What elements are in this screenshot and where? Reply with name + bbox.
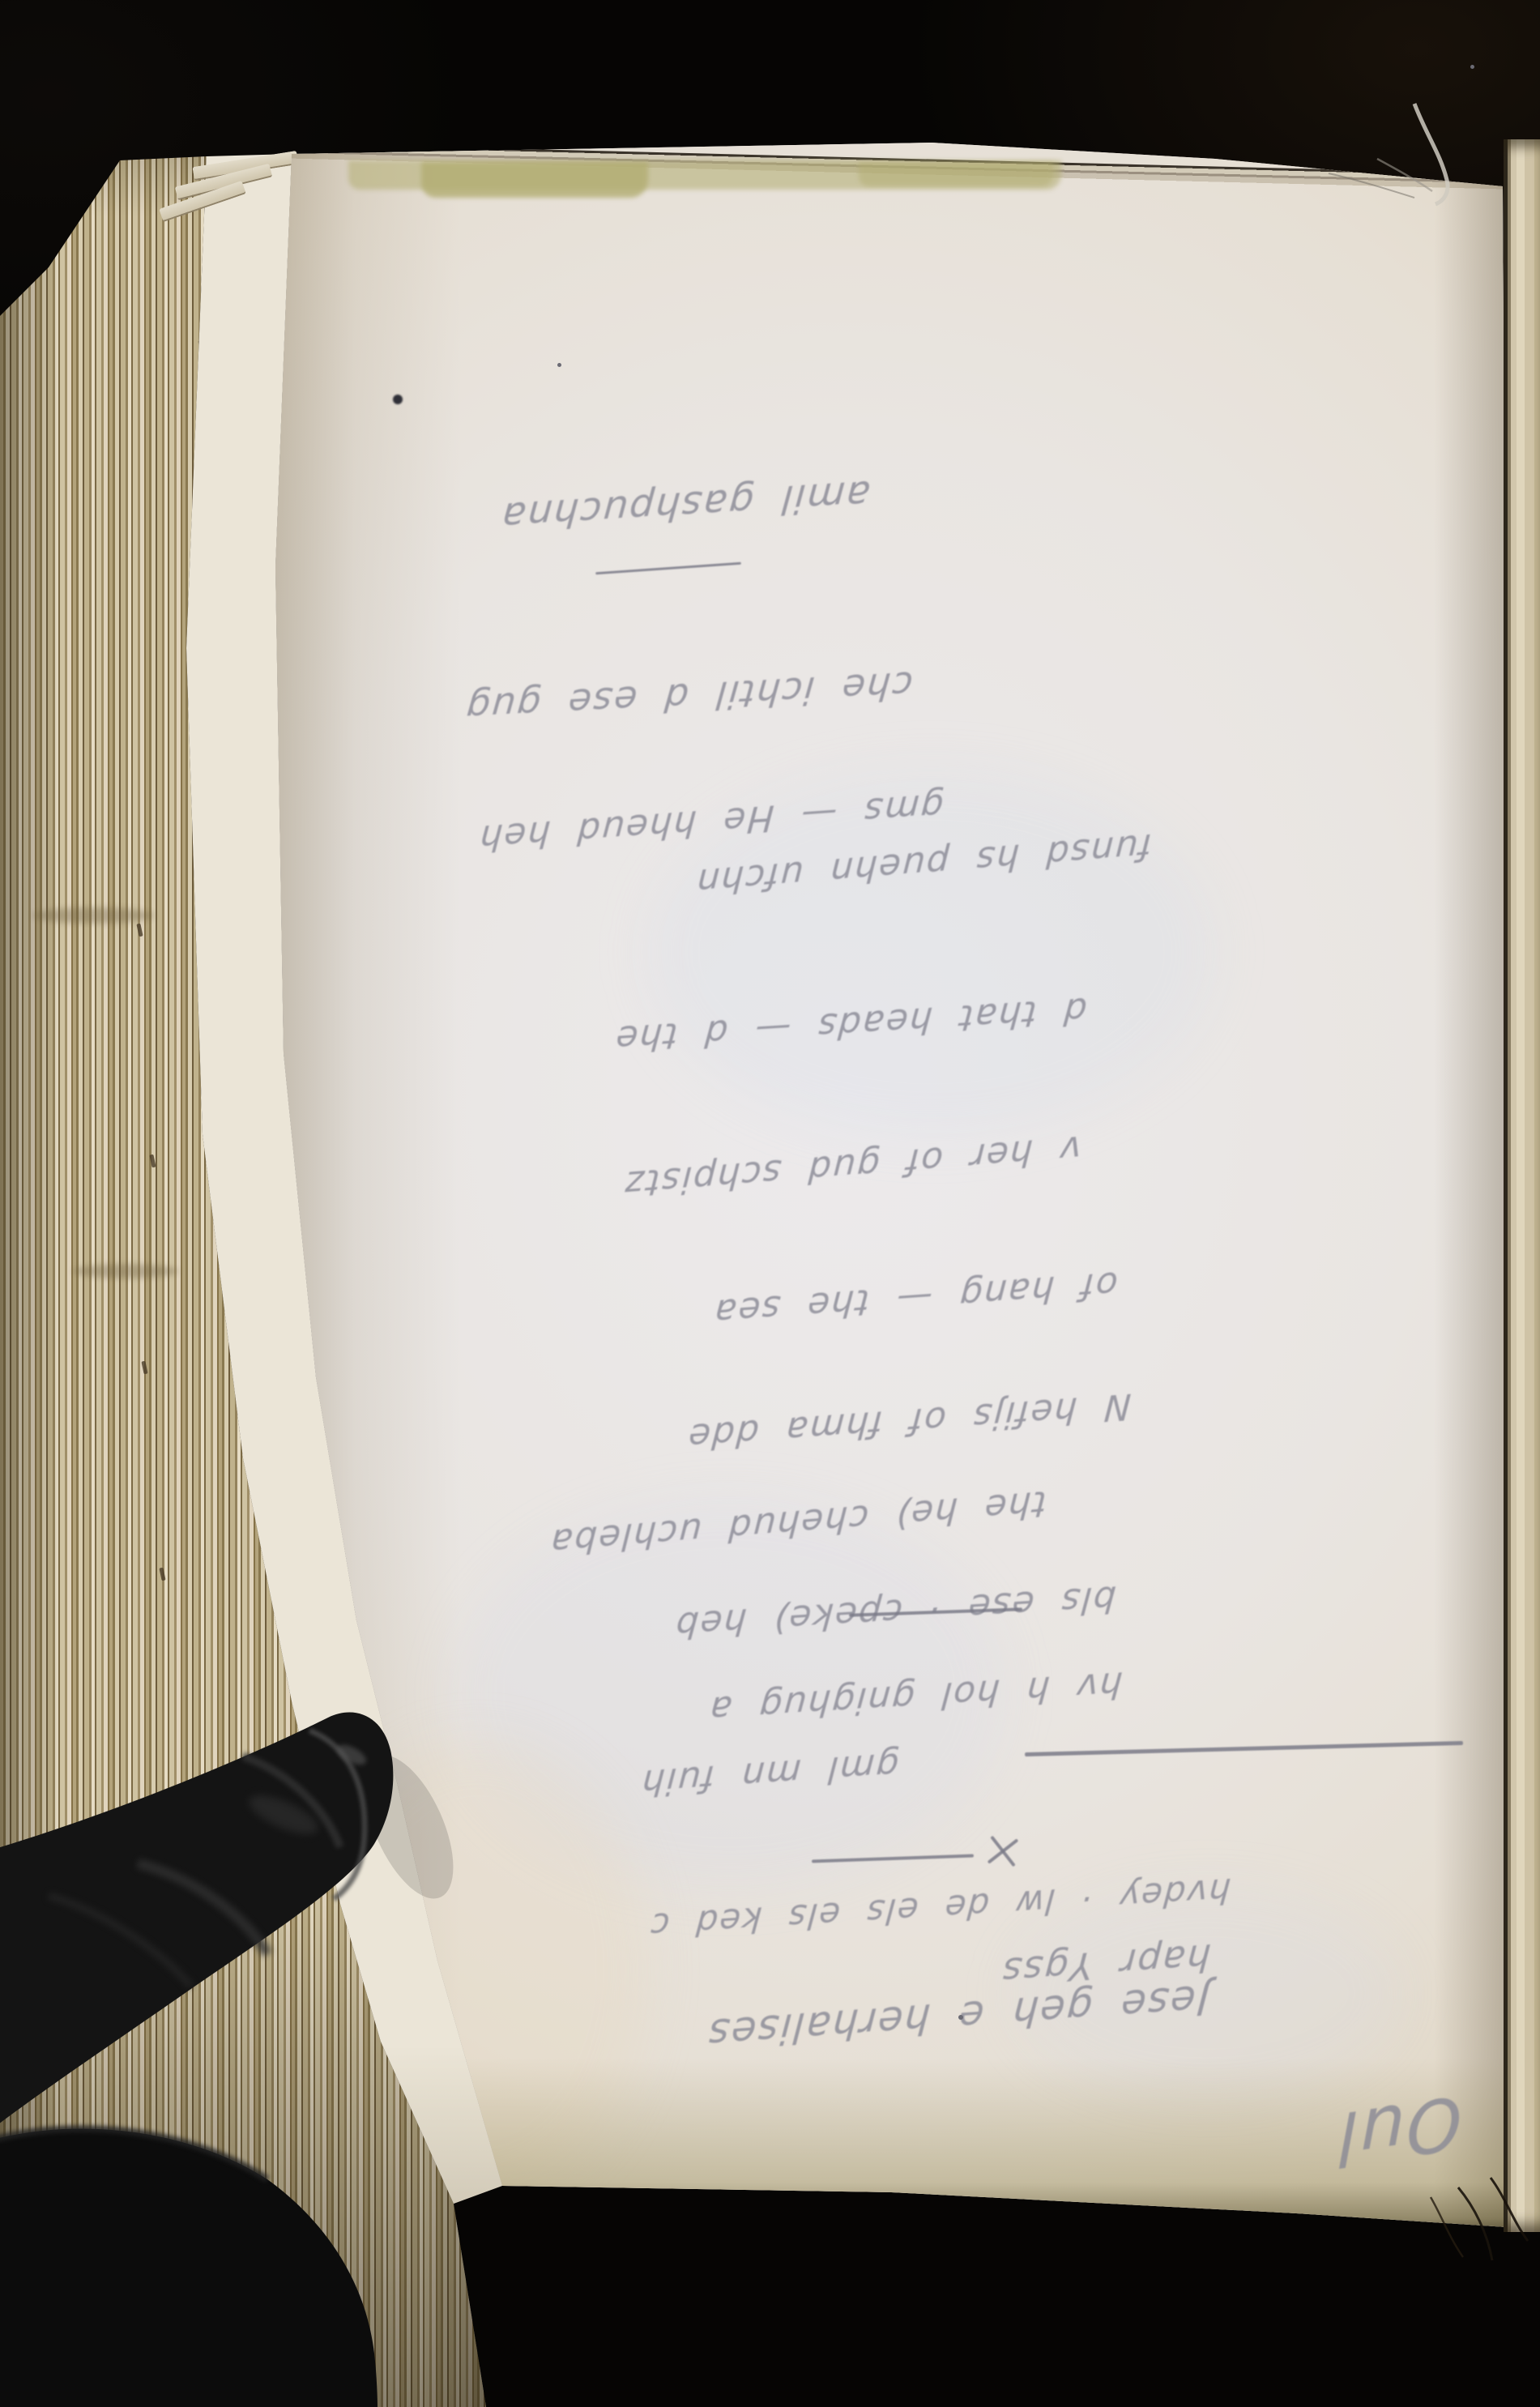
paper-speck	[557, 363, 561, 367]
glove-knuckle	[0, 2128, 378, 2407]
glove-finger	[0, 1713, 471, 2127]
overlay-graphics	[0, 0, 1540, 2407]
photo-frame: amil gashpuchnache ichtil d ese guggms —…	[0, 0, 1540, 2407]
paper-speck	[1470, 65, 1474, 69]
paper-speck	[958, 2015, 963, 2020]
edge-fibers	[1431, 2178, 1528, 2260]
white-thread	[1329, 104, 1448, 204]
